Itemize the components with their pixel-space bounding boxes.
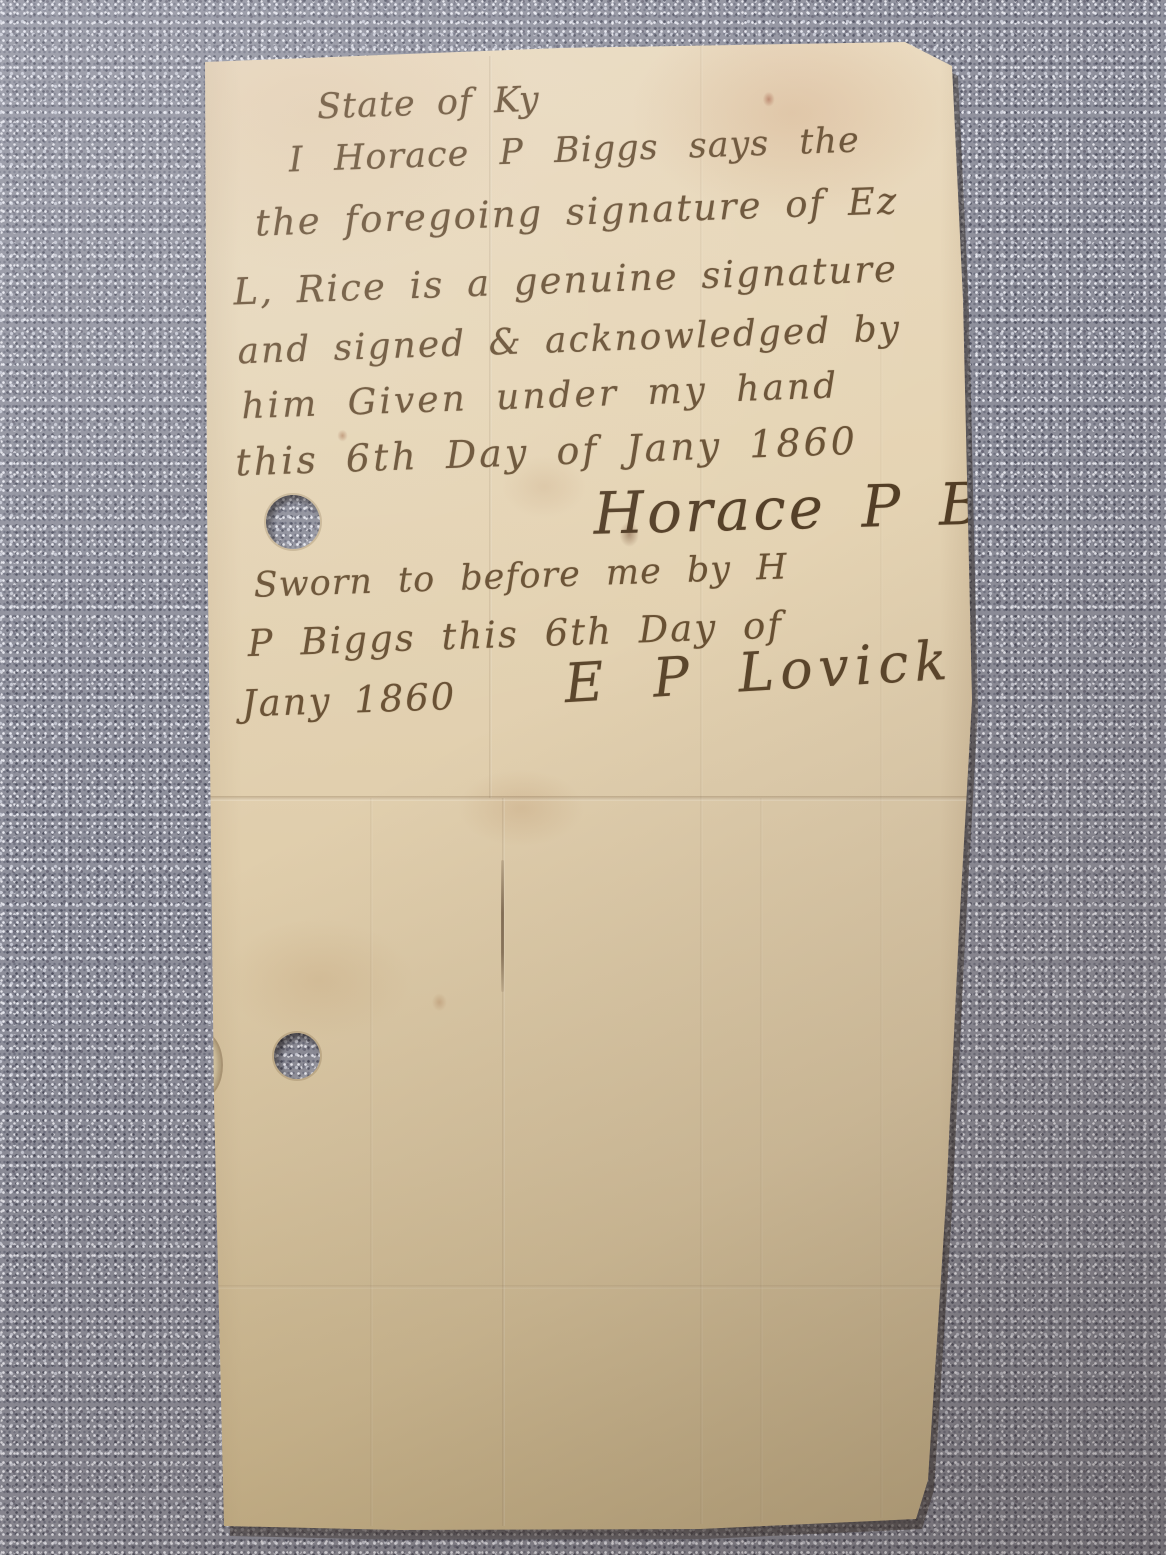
handwritten-line-sworn-year: Jany 1860	[241, 675, 457, 725]
handwritten-line-sworn: Sworn to before me by H	[253, 547, 788, 606]
handwritten-line-foregoing: the foregoing signature of Ez	[254, 179, 899, 244]
document-paper: State of Ky I Horace P Biggs says the th…	[203, 38, 978, 1533]
photograph: State of Ky I Horace P Biggs says the th…	[0, 0, 1166, 1555]
handwritten-line-state: State of Ky	[316, 80, 540, 128]
handwriting: State of Ky I Horace P Biggs says the th…	[202, 12, 1029, 1533]
handwritten-line-acknowledged: and signed & acknowledged by	[237, 308, 902, 372]
handwritten-line-genuine: L, Rice is a genuine signature	[233, 247, 899, 313]
handwritten-line-declarant: I Horace P Biggs says the	[288, 121, 860, 181]
handwritten-line-given-under: him Given under my hand	[241, 365, 840, 427]
